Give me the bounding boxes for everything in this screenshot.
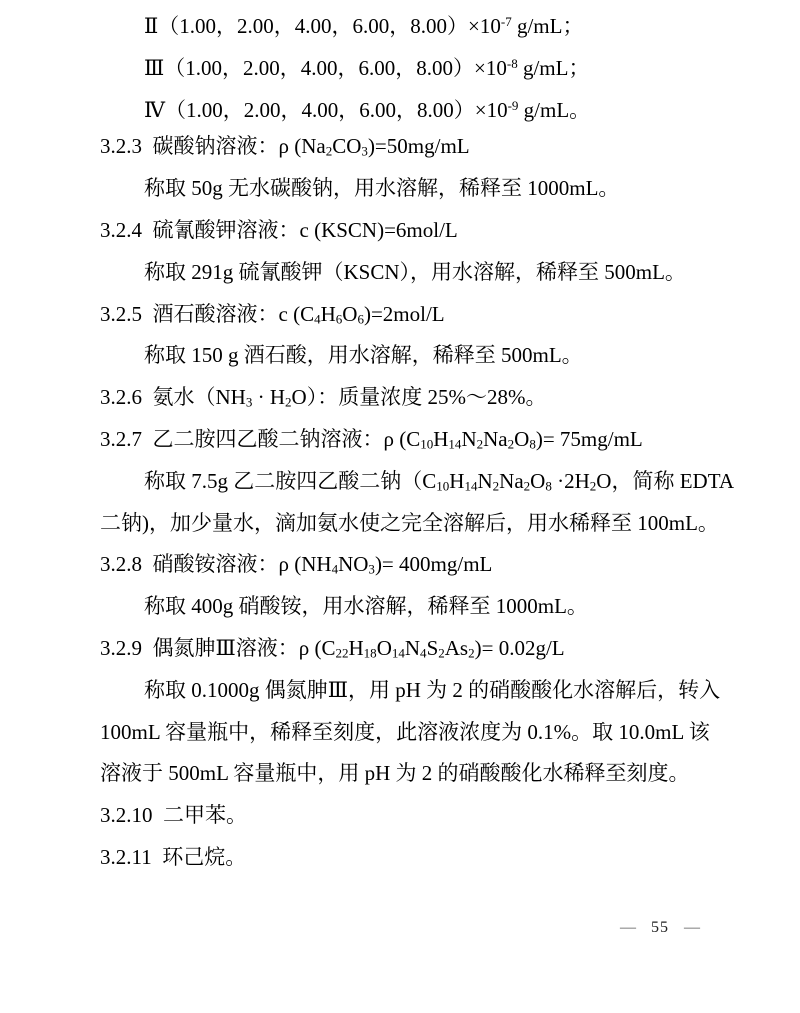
section-3-2-9-heading: 3.2.9 偶氮胂Ⅲ溶液：ρ (C22H18O14N4S2As2)= 0.02g… [100, 628, 718, 670]
text-run: 3.2.10 二甲苯。 [100, 803, 247, 827]
text-run: g/mL； [518, 56, 590, 80]
sub-text: 22 [335, 645, 348, 660]
section-3-2-7-heading: 3.2.7 乙二胺四乙酸二钠溶液：ρ (C10H14N2Na2O8)= 75mg… [100, 419, 718, 461]
text-run: N [405, 636, 420, 660]
text-run: CO [332, 134, 361, 158]
section-3-2-7-body-line-2: 二钠)，加少量水，滴加氨水使之完全溶解后，用水稀释至 100mL。 [100, 503, 718, 545]
series-ii-line: Ⅱ（1.00，2.00，4.00，6.00，8.00）×10-7 g/mL； [100, 1, 718, 43]
text-run: 称取 150 g 酒石酸，用水溶解，稀释至 500mL。 [144, 343, 583, 367]
section-3-2-7-body-line-1: 称取 7.5g 乙二胺四乙酸二钠（C10H14N2Na2O8 ·2H2O，简称 … [100, 461, 718, 503]
sub-text: 14 [448, 436, 461, 451]
text-run: O [342, 302, 357, 326]
text-run: O [377, 636, 392, 660]
text-run: As [445, 636, 468, 660]
text-run: Ⅱ（1.00，2.00，4.00，6.00，8.00）×10 [144, 14, 501, 38]
text-run: 称取 0.1000g 偶氮胂Ⅲ，用 pH 为 2 的硝酸酸化水溶解后，转入 [144, 678, 720, 702]
text-run: Na [483, 427, 508, 451]
text-run: 称取 7.5g 乙二胺四乙酸二钠（C [144, 469, 436, 493]
section-3-2-4-heading: 3.2.4 硫氰酸钾溶液：c (KSCN)=6mol/L [100, 210, 718, 252]
text-run: 3.2.4 硫氰酸钾溶液：c (KSCN)=6mol/L [100, 218, 458, 242]
text-run: NO [338, 552, 368, 576]
text-run: H [321, 302, 336, 326]
text-run: Ⅲ（1.00，2.00，4.00，6.00，8.00）×10 [144, 56, 507, 80]
sup-text: -7 [501, 14, 512, 29]
sub-text: 14 [392, 645, 405, 660]
text-run: H [349, 636, 364, 660]
text-run: 3.2.11 环己烷。 [100, 845, 246, 869]
section-3-2-9-body-line-2: 100mL 容量瓶中，稀释至刻度，此溶液浓度为 0.1%。取 10.0mL 该 [100, 712, 718, 754]
section-3-2-9-body-line-3: 溶液于 500mL 容量瓶中，用 pH 为 2 的硝酸酸化水稀释至刻度。 [100, 753, 718, 795]
page-number: 55 [651, 919, 669, 937]
series-iii-line: Ⅲ（1.00，2.00，4.00，6.00，8.00）×10-8 g/mL； [100, 43, 718, 85]
text-run: )=2mol/L [364, 302, 445, 326]
text-run: ·2H [552, 469, 590, 493]
text-run: 称取 400g 硝酸铵，用水溶解，稀释至 1000mL。 [144, 594, 588, 618]
text-run: 3.2.6 氨水（NH [100, 385, 246, 409]
footer-dash-left: — [620, 919, 636, 937]
text-run: 3.2.5 酒石酸溶液：c (C [100, 302, 314, 326]
text-run: N [477, 469, 492, 493]
sub-text: 18 [364, 645, 377, 660]
page-footer: — 55 — [620, 916, 700, 940]
text-run: g/mL； [512, 14, 584, 38]
text-run: O [514, 427, 529, 451]
text-run: O，简称 EDTA [596, 469, 734, 493]
document-content: Ⅱ（1.00，2.00，4.00，6.00，8.00）×10-7 g/mL； Ⅲ… [100, 1, 718, 879]
section-3-2-8-heading: 3.2.8 硝酸铵溶液：ρ (NH4NO3)= 400mg/mL [100, 544, 718, 586]
text-run: O）：质量浓度 25%～28%。 [292, 385, 547, 409]
series-iv-line: Ⅳ（1.00，2.00，4.00，6.00，8.00）×10-9 g/mL。 [100, 85, 718, 127]
text-run: O [530, 469, 545, 493]
text-run: g/mL。 [518, 98, 590, 122]
footer-dash-right: — [684, 919, 700, 937]
text-run: 称取 50g 无水碳酸钠，用水溶解，稀释至 1000mL。 [144, 176, 619, 200]
text-run: H [433, 427, 448, 451]
sub-text: 10 [420, 436, 433, 451]
text-run: 3.2.9 偶氮胂Ⅲ溶液：ρ (C [100, 636, 335, 660]
text-run: 100mL 容量瓶中，稀释至刻度，此溶液浓度为 0.1%。取 10.0mL 该 [100, 720, 710, 744]
sub-text: 14 [464, 478, 477, 493]
text-run: · H [252, 385, 285, 409]
section-3-2-5-heading: 3.2.5 酒石酸溶液：c (C4H6O6)=2mol/L [100, 294, 718, 336]
section-3-2-3-heading: 3.2.3 碳酸钠溶液：ρ (Na2CO3)=50mg/mL [100, 126, 718, 168]
text-run: )= 400mg/mL [375, 552, 492, 576]
section-3-2-6-heading: 3.2.6 氨水（NH3 · H2O）：质量浓度 25%～28%。 [100, 377, 718, 419]
section-3-2-11-heading: 3.2.11 环己烷。 [100, 837, 718, 879]
section-3-2-4-body: 称取 291g 硫氰酸钾（KSCN），用水溶解，稀释至 500mL。 [100, 252, 718, 294]
text-run: N [461, 427, 476, 451]
sup-text: -9 [508, 98, 519, 113]
sub-text: 10 [436, 478, 449, 493]
text-run: )= 75mg/mL [536, 427, 643, 451]
text-run: 称取 291g 硫氰酸钾（KSCN），用水溶解，稀释至 500mL。 [144, 260, 686, 284]
sup-text: -8 [507, 56, 518, 71]
text-run: Na [499, 469, 524, 493]
text-run: H [449, 469, 464, 493]
text-run: S [427, 636, 439, 660]
text-run: 3.2.7 乙二胺四乙酸二钠溶液：ρ (C [100, 427, 420, 451]
text-run: 3.2.8 硝酸铵溶液：ρ (NH [100, 552, 332, 576]
text-run: )=50mg/mL [368, 134, 470, 158]
text-run: 溶液于 500mL 容量瓶中，用 pH 为 2 的硝酸酸化水稀释至刻度。 [100, 761, 690, 785]
section-3-2-3-body: 称取 50g 无水碳酸钠，用水溶解，稀释至 1000mL。 [100, 168, 718, 210]
text-run: 二钠)，加少量水，滴加氨水使之完全溶解后，用水稀释至 100mL。 [100, 511, 719, 535]
text-run: 3.2.3 碳酸钠溶液：ρ (Na [100, 134, 326, 158]
section-3-2-10-heading: 3.2.10 二甲苯。 [100, 795, 718, 837]
section-3-2-5-body: 称取 150 g 酒石酸，用水溶解，稀释至 500mL。 [100, 335, 718, 377]
text-run: )= 0.02g/L [475, 636, 565, 660]
section-3-2-8-body: 称取 400g 硝酸铵，用水溶解，稀释至 1000mL。 [100, 586, 718, 628]
section-3-2-9-body-line-1: 称取 0.1000g 偶氮胂Ⅲ，用 pH 为 2 的硝酸酸化水溶解后，转入 [100, 670, 718, 712]
text-run: Ⅳ（1.00，2.00，4.00，6.00，8.00）×10 [144, 98, 508, 122]
